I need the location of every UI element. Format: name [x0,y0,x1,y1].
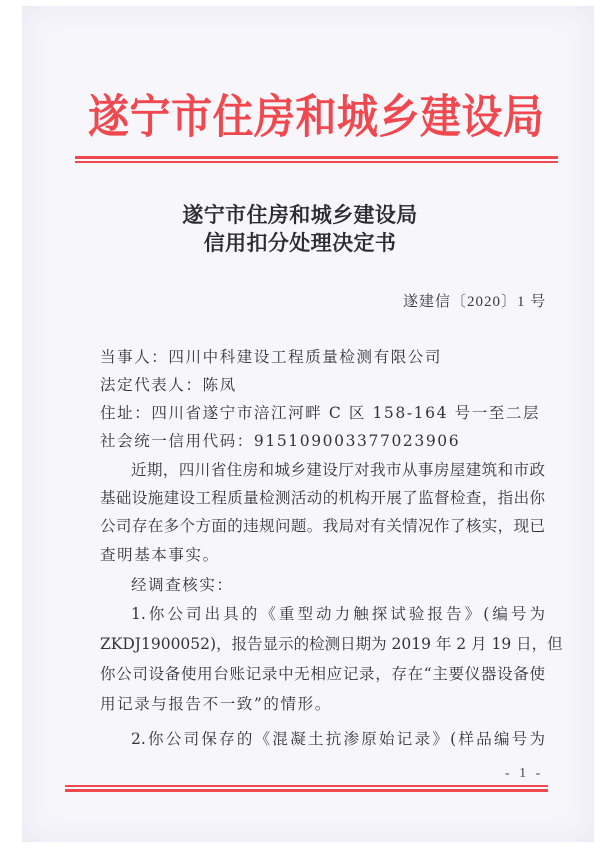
item1-line-1: 1.你公司出具的《重型动力触探试验报告》(编号为 [131,603,545,625]
legal-rep-row: 法定代表人：陈凤 [100,374,545,396]
document-title-line2: 信用扣分处理决定书 [0,227,600,257]
legal-rep-name: 陈凤 [203,376,237,394]
masthead-rule-bottom [75,161,558,163]
party-row: 当事人：四川中科建设工程质量检测有限公司 [100,346,545,368]
footer-rule-bottom [65,789,548,792]
party-name: 四川中科建设工程质量检测有限公司 [168,348,442,366]
address-row: 住址：四川省遂宁市涪江河畔 C 区 158-164 号一至二层 [100,402,545,424]
document-number: 遂建信〔2020〕1 号 [403,290,546,311]
address-label: 住址： [100,404,151,422]
credit-code-label: 社会统一信用代码： [100,432,254,450]
item1-line-3: 你公司设备使用台账记录中无相应记录，存在“主要仪器设备使 [100,663,545,685]
item2-line-1: 2.你公司保存的《混凝土抗渗原始记录》(样品编号为 [131,728,545,750]
footer-rule-top [65,785,548,787]
legal-rep-label: 法定代表人： [100,376,203,394]
masthead-rule-top [75,156,558,159]
intro-line-2: 基础设施建设工程质量检测活动的机构开展了监督检查，指出你 [100,487,545,509]
credit-code-value: 915109003377023906 [254,432,460,450]
item1-line-4: 用记录与报告不一致”的情形。 [100,693,545,715]
page-number: - 1 - [505,766,543,782]
intro-line-3: 公司存在多个方面的违规问题。我局对有关情况作了核实，现已 [100,515,545,537]
intro-line-4: 查明基本事实。 [100,544,545,566]
masthead-issuer: 遂宁市住房和城乡建设局 [88,85,548,150]
credit-code-row: 社会统一信用代码：915109003377023906 [100,430,545,452]
party-label: 当事人： [100,348,168,366]
address-value: 四川省遂宁市涪江河畔 C 区 158-164 号一至二层 [151,404,540,422]
findings-heading: 经调查核实： [131,574,545,596]
item1-line-2: ZKDJ1900052)，报告显示的检测日期为 2019 年 2 月 19 日，… [100,633,545,655]
intro-line-1: 近期，四川省住房和城乡建设厅对我市从事房屋建筑和市政 [131,459,545,481]
document-title-line1: 遂宁市住房和城乡建设局 [0,199,600,229]
